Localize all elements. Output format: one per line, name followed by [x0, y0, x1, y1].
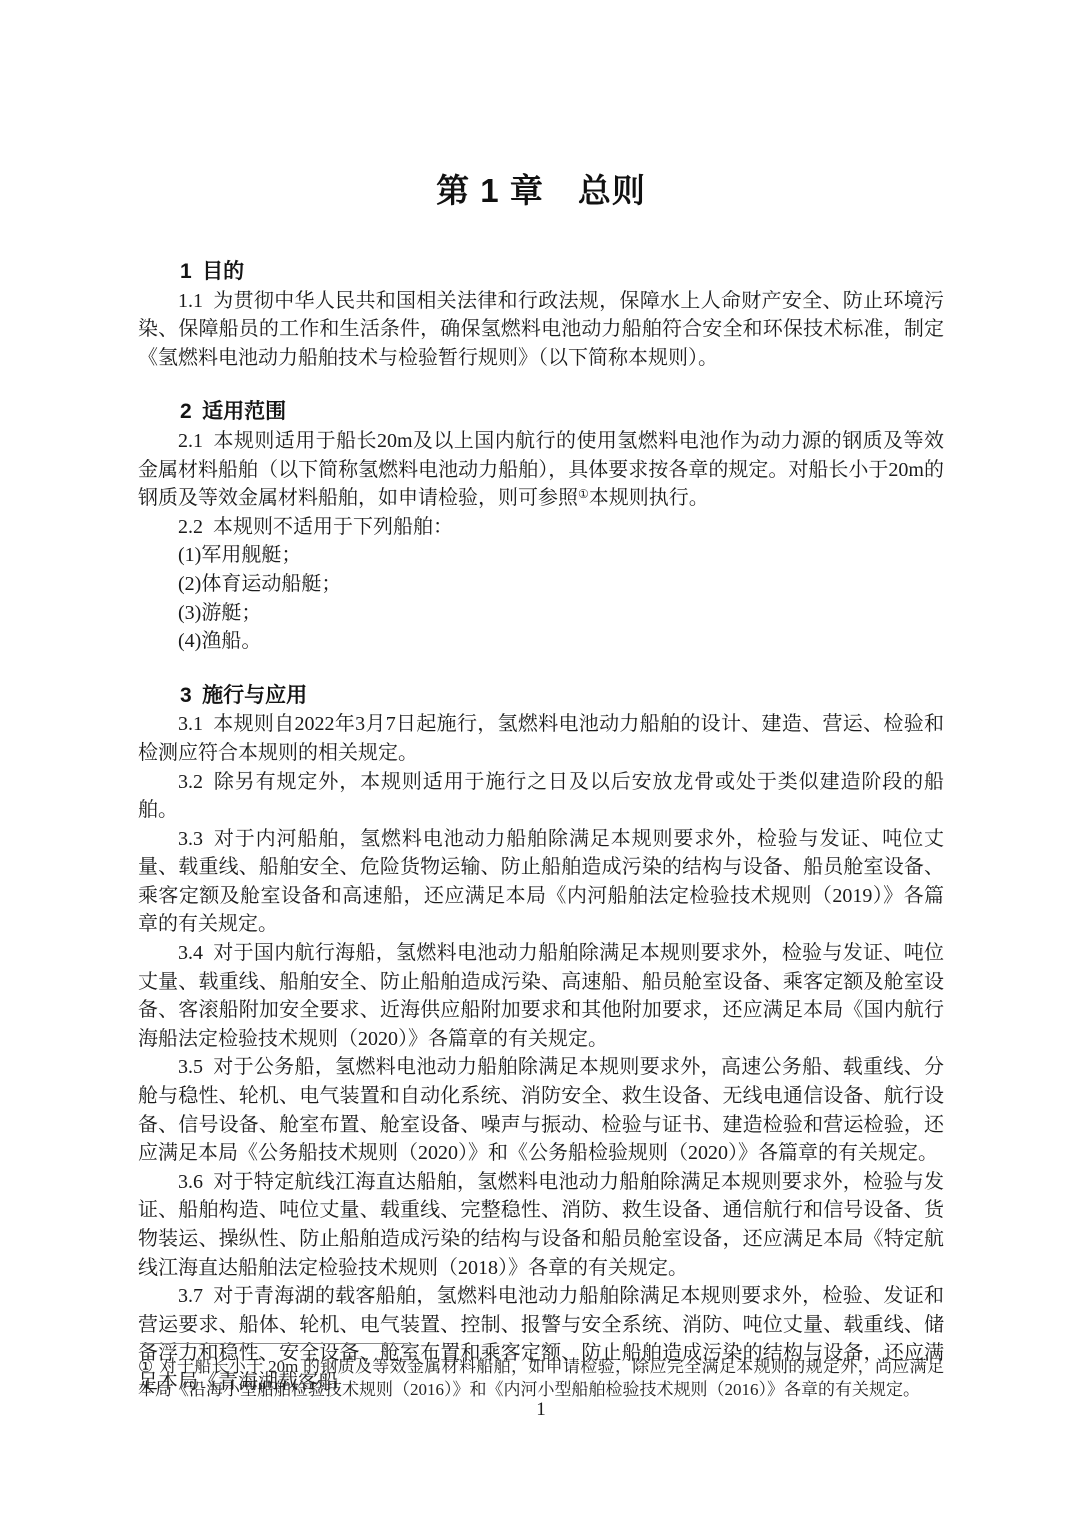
paragraph: 3.3 对于内河船舶，氢燃料电池动力船舶除满足本规则要求外，检验与发证、吨位丈量…: [138, 825, 944, 939]
paragraph: 3.2 除另有规定外，本规则适用于施行之日及以后安放龙骨或处于类似建造阶段的船舶…: [138, 768, 944, 825]
footnote-body: 对于船长小于 20m 的钢质及等效金属材料船舶，如申请检验，除应完全满足本规则的…: [138, 1357, 944, 1399]
paragraph: 3.5 对于公务船，氢燃料电池动力船舶除满足本规则要求外，高速公务船、载重线、分…: [138, 1053, 944, 1167]
footnote-text: ①对于船长小于 20m 的钢质及等效金属材料船舶，如申请检验，除应完全满足本规则…: [138, 1356, 944, 1401]
section-heading: 1 目的: [138, 258, 944, 287]
page-number: 1: [138, 1399, 944, 1421]
paragraph: 2.1 本规则适用于船长20m及以上国内航行的使用氢燃料电池作为动力源的钢质及等…: [138, 427, 944, 513]
paragraph: (3)游艇；: [138, 599, 944, 628]
footnote-ref-marker: ①: [578, 487, 589, 501]
paragraph: 3.1 本规则自2022年3月7日起施行，氢燃料电池动力船舶的设计、建造、营运、…: [138, 710, 944, 767]
footnote-area: ①对于船长小于 20m 的钢质及等效金属材料船舶，如申请检验，除应完全满足本规则…: [138, 1343, 944, 1401]
section-heading: 3 施行与应用: [138, 682, 944, 711]
paragraph: (1)军用舰艇；: [138, 541, 944, 570]
document-page: 第 1 章 总则 1 目的1.1 为贯彻中华人民共和国相关法律和行政法规，保障水…: [0, 0, 1080, 1527]
paragraph: 3.4 对于国内航行海船，氢燃料电池动力船舶除满足本规则要求外，检验与发证、吨位…: [138, 939, 944, 1053]
chapter-title: 第 1 章 总则: [138, 170, 944, 212]
section: 3 施行与应用3.1 本规则自2022年3月7日起施行，氢燃料电池动力船舶的设计…: [138, 682, 944, 1397]
paragraph: (4)渔船。: [138, 627, 944, 656]
paragraph: (2)体育运动船艇；: [138, 570, 944, 599]
paragraph: 2.2 本规则不适用于下列船舶：: [138, 513, 944, 542]
paragraph: 1.1 为贯彻中华人民共和国相关法律和行政法规，保障水上人命财产安全、防止环境污…: [138, 287, 944, 373]
section-heading: 2 适用范围: [138, 398, 944, 427]
section: 1 目的1.1 为贯彻中华人民共和国相关法律和行政法规，保障水上人命财产安全、防…: [138, 258, 944, 372]
section: 2 适用范围2.1 本规则适用于船长20m及以上国内航行的使用氢燃料电池作为动力…: [138, 398, 944, 655]
footnote-marker: ①: [138, 1357, 154, 1376]
document-body: 1 目的1.1 为贯彻中华人民共和国相关法律和行政法规，保障水上人命财产安全、防…: [138, 212, 944, 1397]
footnote-divider: [140, 1343, 408, 1344]
paragraph: 3.6 对于特定航线江海直达船舶，氢燃料电池动力船舶除满足本规则要求外，检验与发…: [138, 1168, 944, 1282]
